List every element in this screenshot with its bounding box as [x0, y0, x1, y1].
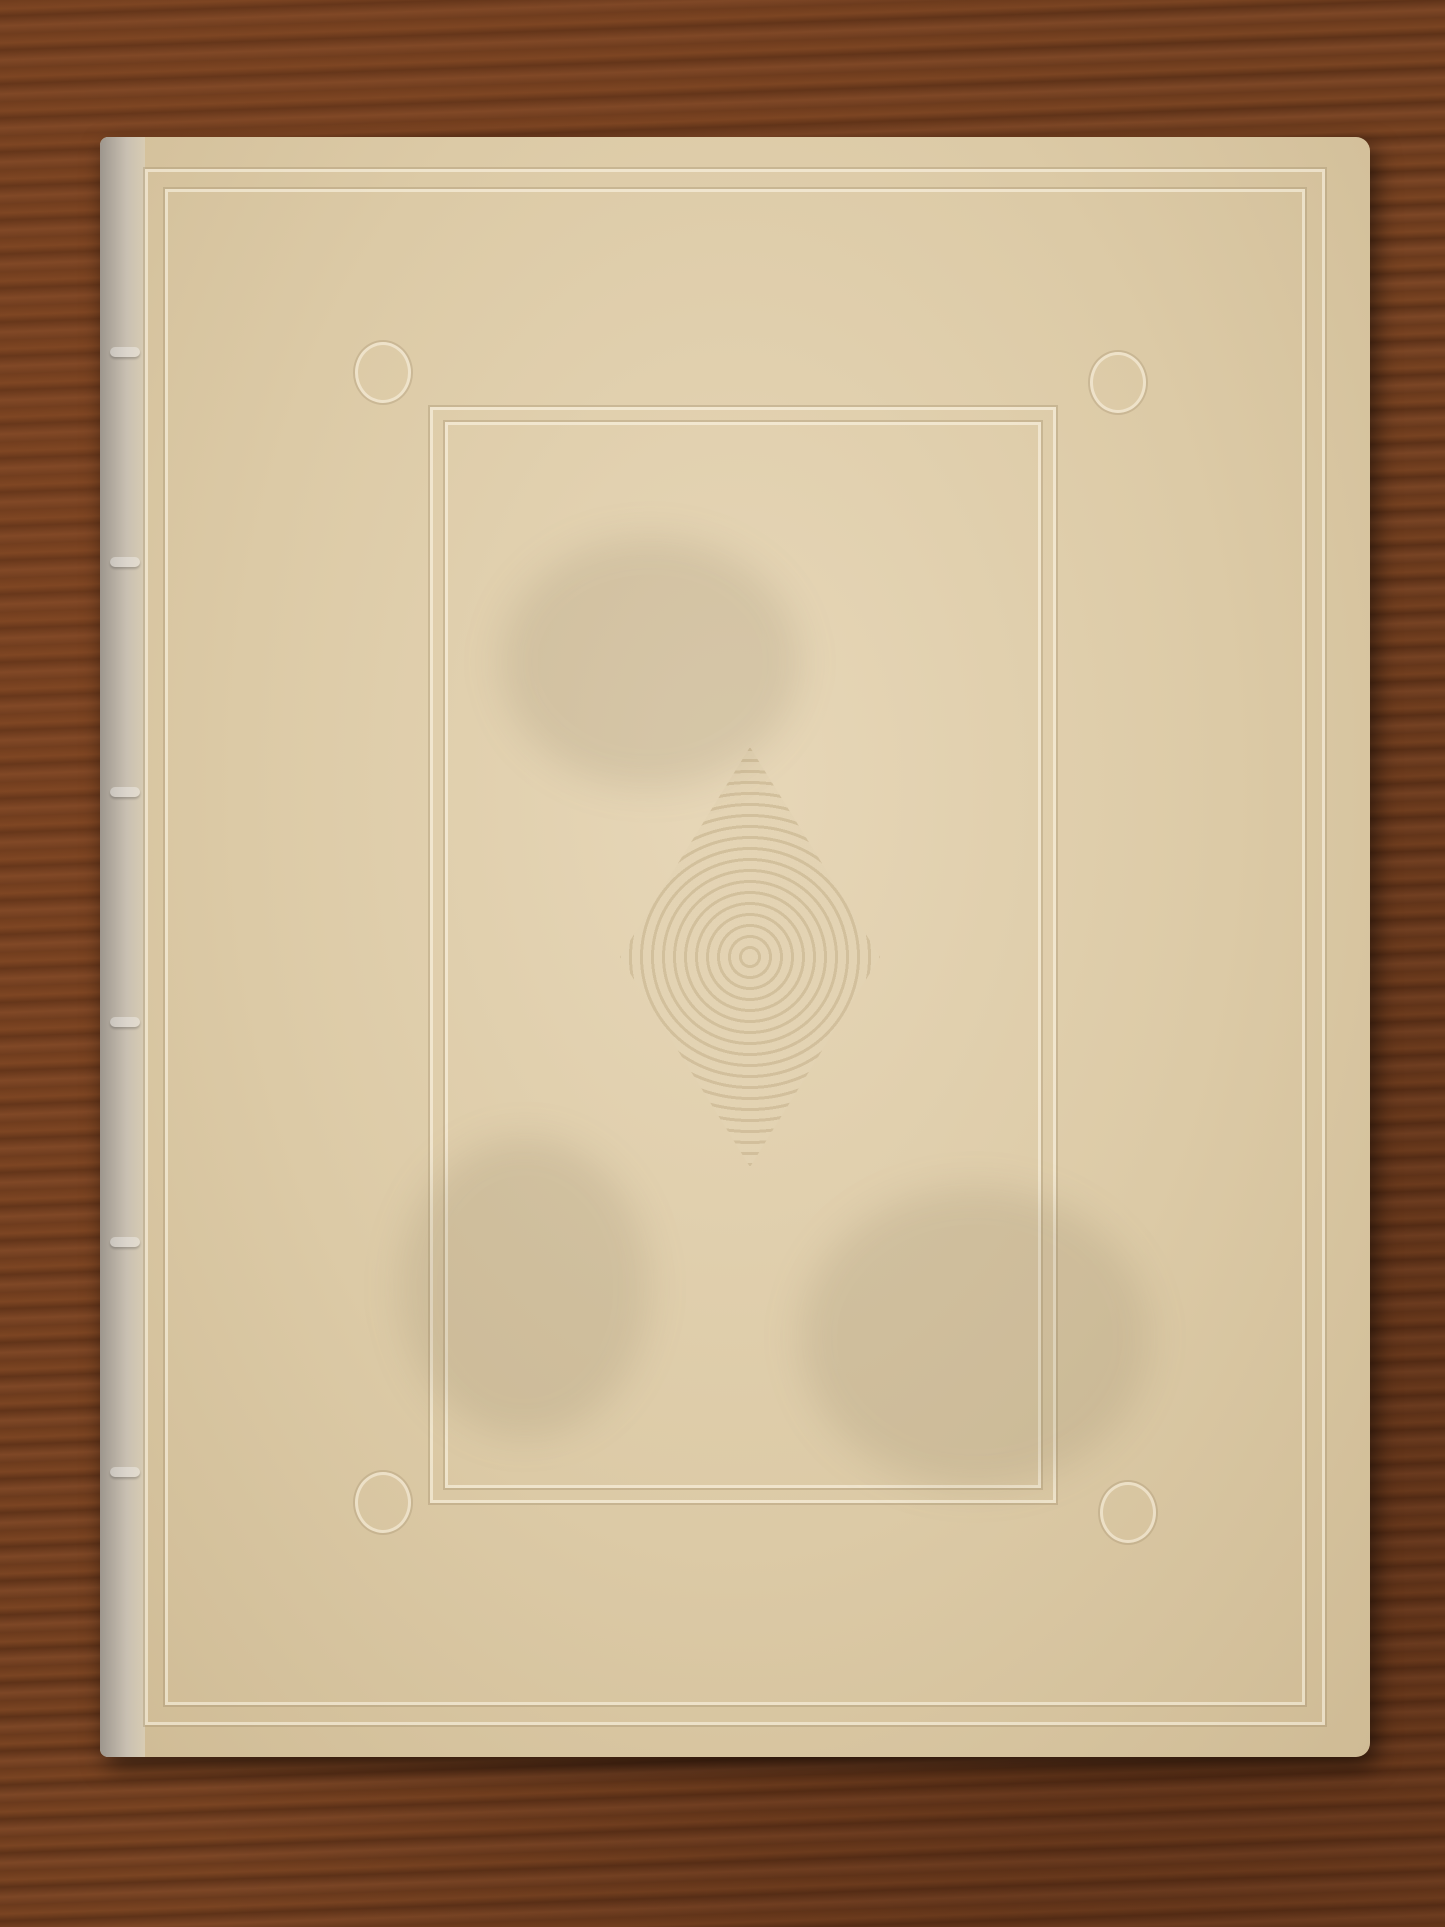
corner-fleuron-icon: [1100, 1482, 1156, 1543]
vellum-stain: [400, 1137, 650, 1437]
spine-band: [110, 1467, 140, 1477]
spine-band: [110, 347, 140, 357]
book-cover: [100, 137, 1370, 1757]
corner-fleuron-icon: [355, 342, 411, 403]
spine-band: [110, 1237, 140, 1247]
vellum-stain: [500, 537, 800, 787]
corner-fleuron-icon: [1090, 352, 1146, 413]
book-spine: [100, 137, 145, 1757]
vellum-stain: [800, 1187, 1150, 1487]
spine-band: [110, 557, 140, 567]
corner-fleuron-icon: [355, 1472, 411, 1533]
spine-band: [110, 787, 140, 797]
spine-band: [110, 1017, 140, 1027]
